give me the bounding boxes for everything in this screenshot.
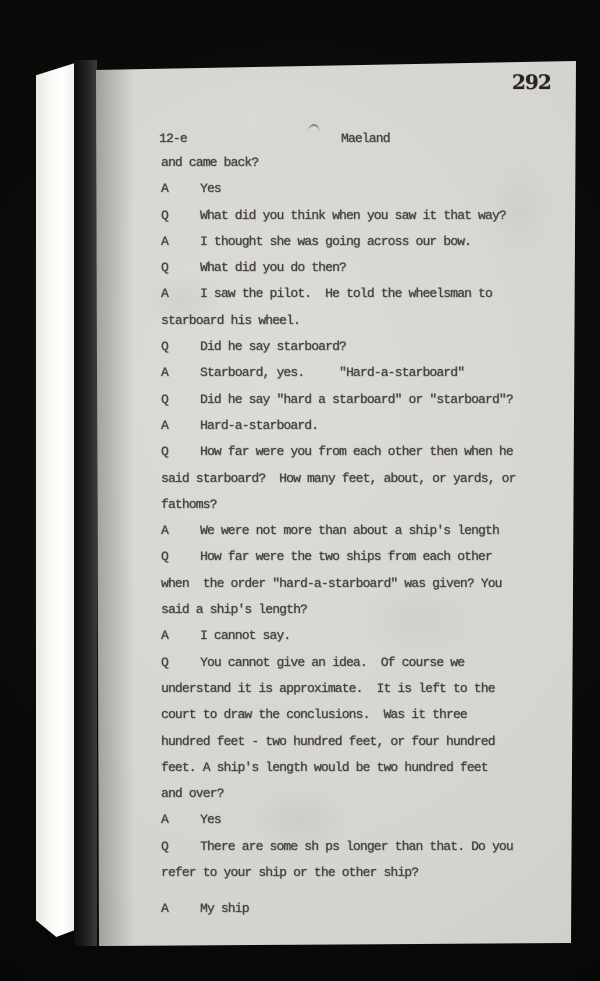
transcript-line: said a ship's length?	[161, 602, 561, 628]
transcript-line: QHow far were you from each other then w…	[161, 444, 561, 470]
speaker-label: A	[161, 418, 200, 434]
transcript-text: We were not more than about a ship's len…	[200, 523, 499, 538]
transcript-text: Did he say "hard a starboard" or "starbo…	[200, 392, 513, 407]
transcript-line: AYes	[161, 181, 561, 207]
transcript-text: What did you think when you saw it that …	[200, 208, 506, 223]
speaker-label: A	[161, 901, 200, 917]
transcript-text: I thought she was going across our bow.	[200, 234, 471, 249]
speaker-label: Q	[161, 392, 200, 408]
speaker-label: A	[161, 234, 200, 250]
transcript-text: said starboard? How many feet, about, or…	[161, 471, 516, 486]
transcript-line: QDid he say "hard a starboard" or "starb…	[161, 392, 561, 418]
transcript-text: said a ship's length?	[161, 602, 307, 617]
page-number: 292	[512, 70, 556, 94]
transcript-body: and came back?AYesQWhat did you think wh…	[161, 155, 561, 928]
transcript-line: understand it is approximate. It is left…	[161, 681, 561, 707]
transcript-line: AYes	[161, 812, 561, 838]
transcript-text: You cannot give an idea. Of course we	[200, 655, 464, 670]
transcript-text: court to draw the conclusions. Was it th…	[161, 707, 467, 722]
speaker-label: A	[161, 181, 200, 197]
transcript-text: starboard his wheel.	[161, 313, 300, 328]
transcript-text: hundred feet - two hundred feet, or four…	[161, 734, 495, 749]
transcript-text: My ship	[200, 901, 249, 916]
transcript-text: Hard-a-starboard.	[200, 418, 318, 433]
transcript-section-label: 12-e	[159, 131, 187, 146]
speaker-label: Q	[161, 208, 200, 224]
transcript-line: said starboard? How many feet, about, or…	[161, 471, 561, 497]
transcript-line: AI saw the pilot. He told the wheelsman …	[161, 286, 561, 312]
speaker-label: Q	[161, 260, 200, 276]
transcript-text: Yes	[200, 181, 221, 196]
speaker-label: Q	[161, 549, 200, 565]
transcript-line: AMy ship	[161, 901, 561, 927]
transcript-line: hundred feet - two hundred feet, or four…	[161, 734, 561, 760]
transcript-line: AStarboard, yes. "Hard-a-starboard"	[161, 365, 561, 391]
transcript-text: Starboard, yes. "Hard-a-starboard"	[200, 365, 464, 380]
transcript-line: QHow far were the two ships from each ot…	[161, 549, 561, 575]
transcript-line: QThere are some sh ps longer than that. …	[161, 839, 561, 865]
speaker-label: Q	[161, 339, 200, 355]
speaker-label: Q	[161, 839, 200, 855]
transcript-text: refer to your ship or the other ship?	[161, 865, 418, 880]
transcript-text: and over?	[161, 786, 224, 801]
transcript-text: understand it is approximate. It is left…	[161, 681, 495, 696]
transcript-line: AWe were not more than about a ship's le…	[161, 523, 561, 549]
transcript-text: How far were the two ships from each oth…	[200, 549, 492, 564]
transcript-line: QDid he say starboard?	[161, 339, 561, 365]
transcript-line: QWhat did you think when you saw it that…	[161, 208, 561, 234]
speaker-label: A	[161, 523, 200, 539]
photo-background: 292 12-e Maeland and came back?AYesQWhat…	[0, 0, 600, 981]
transcript-line: feet. A ship's length would be two hundr…	[161, 760, 561, 786]
transcript-text: There are some sh ps longer than that. D…	[200, 839, 513, 854]
transcript-line: AI thought she was going across our bow.	[161, 234, 561, 260]
transcript-line: court to draw the conclusions. Was it th…	[161, 707, 561, 733]
transcript-text: and came back?	[161, 155, 258, 170]
transcript-text: How far were you from each other then wh…	[200, 444, 513, 459]
transcript-line: refer to your ship or the other ship?	[161, 865, 561, 891]
witness-name: Maeland	[341, 131, 390, 146]
transcript-text: What did you do then?	[200, 260, 346, 275]
transcript-text: Yes	[200, 812, 221, 827]
transcript-line: and came back?	[161, 155, 561, 181]
transcript-text: when the order "hard-a-starboard" was gi…	[161, 576, 502, 591]
transcript-text: fathoms?	[161, 497, 217, 512]
binding-shadow	[74, 60, 97, 946]
transcript-line: starboard his wheel.	[161, 313, 561, 339]
speaker-label: A	[161, 812, 200, 828]
book-fore-edge	[36, 63, 75, 937]
transcript-text: feet. A ship's length would be two hundr…	[161, 760, 488, 775]
transcript-line: and over?	[161, 786, 561, 812]
speaker-label: A	[161, 286, 200, 302]
speaker-label: Q	[161, 444, 200, 460]
speaker-label: A	[161, 628, 200, 644]
transcript-line: QWhat did you do then?	[161, 260, 561, 286]
speaker-label: A	[161, 365, 200, 381]
ink-smudge	[307, 123, 320, 133]
transcript-line: when the order "hard-a-starboard" was gi…	[161, 576, 561, 602]
transcript-line: QYou cannot give an idea. Of course we	[161, 655, 561, 681]
transcript-line: AHard-a-starboard.	[161, 418, 561, 444]
transcript-text: I cannot say.	[200, 628, 290, 643]
transcript-text: I saw the pilot. He told the wheelsman t…	[200, 286, 492, 301]
transcript-line: fathoms?	[161, 497, 561, 523]
speaker-label: Q	[161, 655, 200, 671]
transcript-text: Did he say starboard?	[200, 339, 346, 354]
transcript-line: AI cannot say.	[161, 628, 561, 654]
